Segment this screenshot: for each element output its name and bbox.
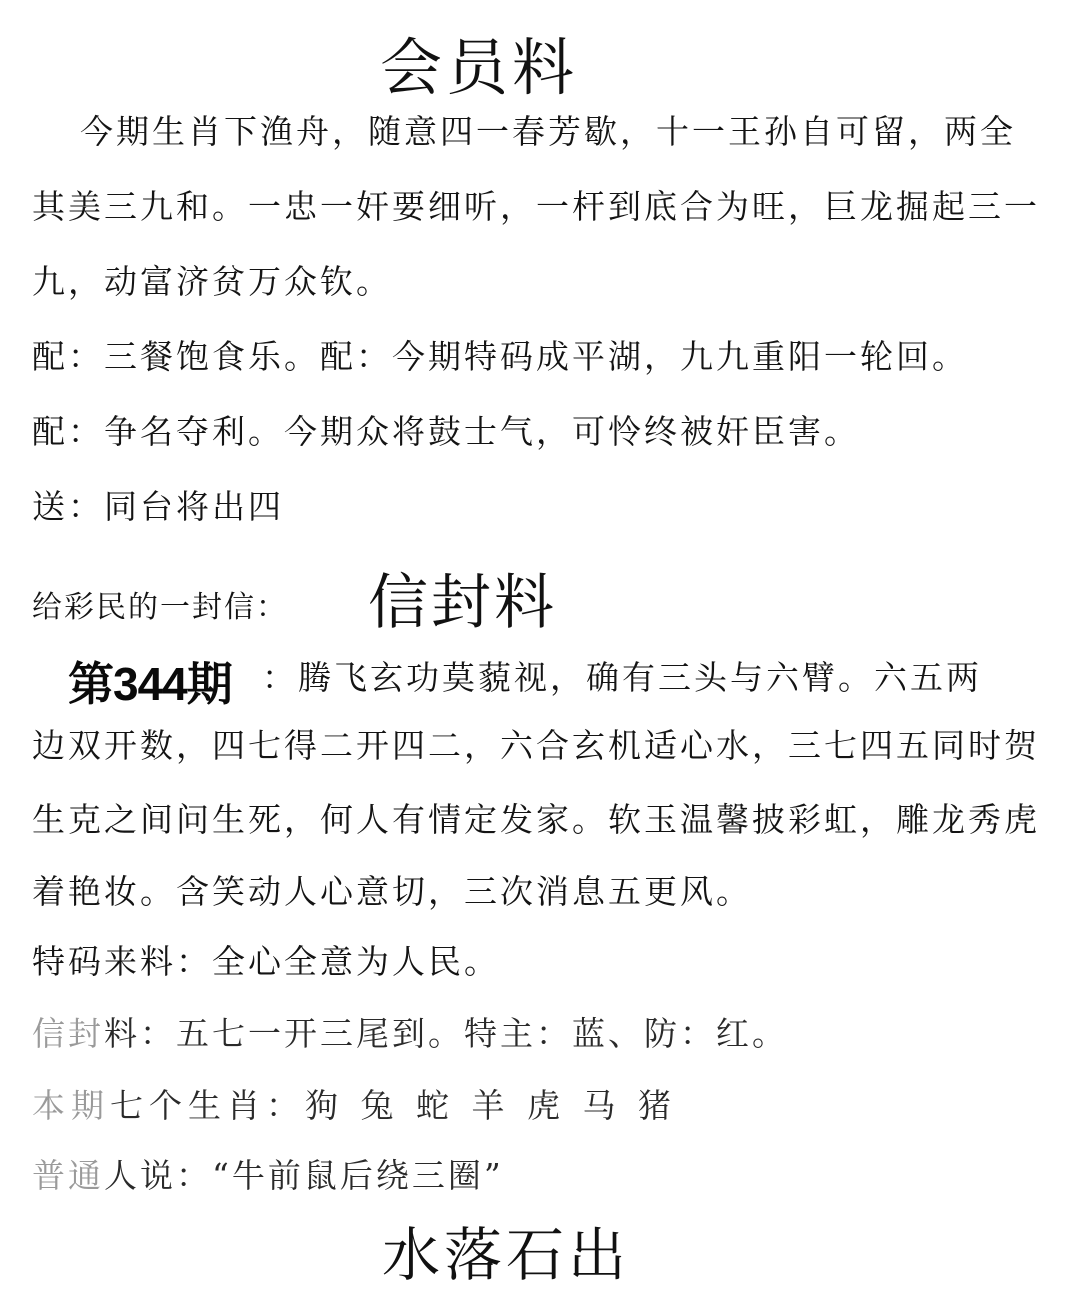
special-code-line: 特码来料：全心全意为人民。 — [32, 936, 500, 983]
issue-text: ：腾飞玄功莫藐视，确有三头与六臂。六五两 — [262, 652, 982, 699]
gift-line: 送：同台将出四 — [32, 481, 284, 528]
envelope-prefix: 信封 — [32, 1014, 104, 1053]
member-section-title: 会员料 — [380, 18, 578, 107]
saying-prefix: 普通 — [32, 1156, 104, 1195]
envelope-text: 料：五七一开三尾到。特主：蓝、防：红。 — [104, 1014, 788, 1053]
poem-line-3: 九，动富济贫万众钦。 — [32, 256, 392, 303]
poem-line-2: 其美三九和。一忠一奸要细听，一杆到底合为旺，巨龙掘起三一 — [32, 181, 1040, 228]
letter-line-3: 着艳妆。含笑动人心意切，三次消息五更风。 — [32, 866, 752, 913]
envelope-line: 信封料：五七一开三尾到。特主：蓝、防：红。 — [32, 1008, 788, 1055]
letter-line-1: 边双开数，四七得二开四二，六合玄机适心水，三七四五同时贺 — [32, 720, 1040, 767]
issue-number: 第344期 — [68, 648, 232, 714]
zodiac-line: 本期七个生肖：狗 兔 蛇 羊 虎 马 猪 — [32, 1080, 677, 1127]
letter-label: 给彩民的一封信： — [32, 582, 288, 626]
letter-line-2: 生克之间问生死，何人有情定发家。软玉温馨披彩虹，雕龙秀虎 — [32, 794, 1040, 841]
letter-section-title: 信封料 — [368, 555, 557, 641]
zodiac-prefix: 本期 — [32, 1086, 110, 1125]
footer-title: 水落石出 — [382, 1208, 630, 1292]
saying-line: 普通人说：“牛前鼠后绕三圈” — [32, 1150, 504, 1197]
pairing-line-1: 配：三餐饱食乐。配：今期特码成平湖，九九重阳一轮回。 — [32, 331, 968, 378]
poem-line-1: 今期生肖下渔舟，随意四一春芳歇，十一王孙自可留，两全 — [80, 106, 1016, 153]
zodiac-text: 七个生肖：狗 兔 蛇 羊 虎 马 猪 — [110, 1086, 677, 1125]
saying-text: 人说：“牛前鼠后绕三圈” — [104, 1156, 504, 1195]
pairing-line-2: 配：争名夺利。今期众将鼓士气，可怜终被奸臣害。 — [32, 406, 860, 453]
